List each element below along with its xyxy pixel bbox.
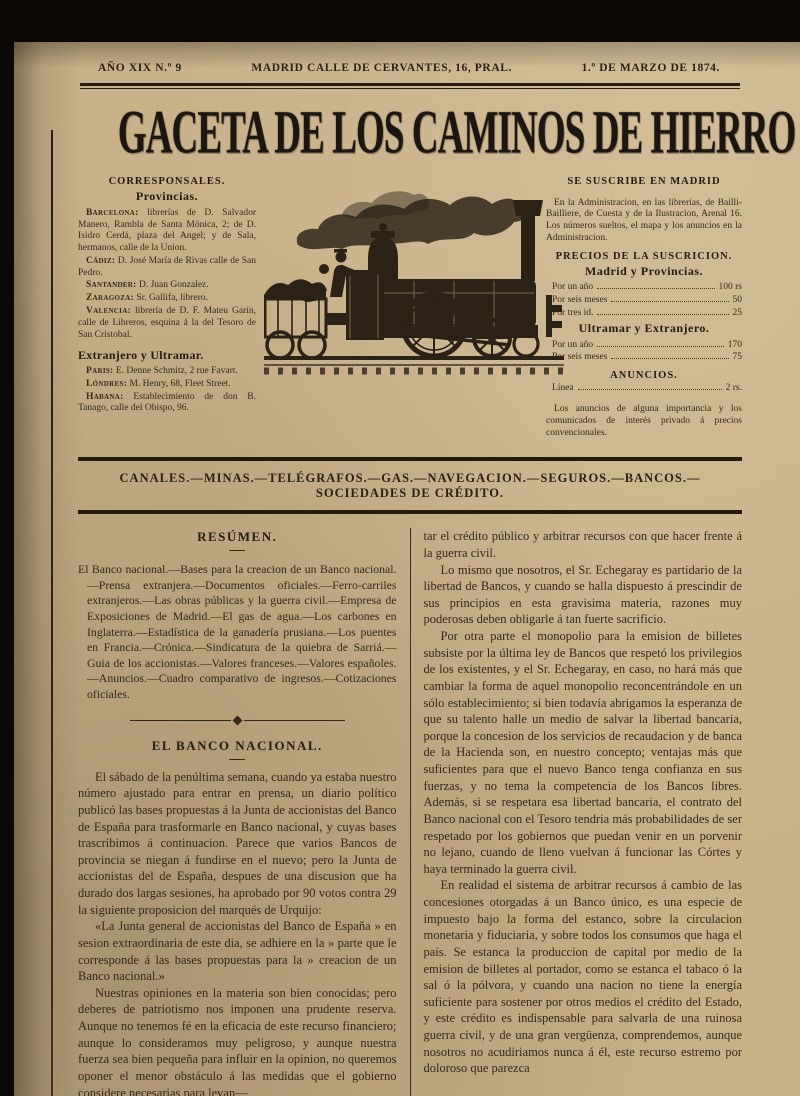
article-paragraph-quote: «La Junta general de accionistas del Ban… bbox=[78, 918, 397, 985]
header-rule bbox=[80, 83, 740, 89]
corresponsal-entry: Zaragoza: Sr. Gallifa, librero. bbox=[78, 293, 256, 305]
corresponsal-entry: Lóndres: M. Henry, 68, Fleet Street. bbox=[78, 379, 256, 391]
price-row: Por un año170 bbox=[552, 340, 742, 352]
place-name: Zaragoza: bbox=[86, 293, 134, 303]
corresponsal-entry: Barcelona: librerías de D. Salvador Mane… bbox=[78, 208, 256, 255]
place-name: Santander: bbox=[86, 280, 137, 290]
price-value: 50 bbox=[733, 295, 743, 307]
price-row: Por tres id.25 bbox=[552, 308, 742, 320]
body-column-left: RESÚMEN. El Banco nacional.—Bases para l… bbox=[78, 528, 411, 1096]
suscribe-intro: En la Administracion, en las librerías, … bbox=[546, 198, 742, 245]
issue-number: AÑO XIX N.º 9 bbox=[98, 62, 182, 74]
precios-title: PRECIOS DE LA SUSCRICION. bbox=[546, 250, 742, 263]
heading-dash bbox=[229, 759, 245, 760]
price-row: Línea2 rs. bbox=[552, 383, 742, 395]
price-row: Por seis meses50 bbox=[552, 295, 742, 307]
entry-text: Sr. Gallifa, librero. bbox=[134, 293, 208, 303]
article-paragraph-continuation: tar el crédito público y arbitrar recurs… bbox=[424, 528, 743, 561]
article-paragraph: El sábado de la penúltima semana, cuando… bbox=[78, 769, 397, 919]
corresponsal-entry: Paris: E. Denne Schmitz, 2 rue Favart. bbox=[78, 366, 256, 378]
price-label: Por seis meses bbox=[552, 352, 607, 364]
heading-dash bbox=[229, 550, 245, 551]
dot-leader bbox=[597, 314, 728, 315]
anuncios-title: ANUNCIOS. bbox=[546, 369, 742, 382]
price-value: 2 rs. bbox=[726, 383, 742, 395]
diamond-icon bbox=[232, 716, 242, 726]
price-value: 100 rs bbox=[719, 282, 743, 294]
entry-text: E. Denne Schmitz, 2 rue Favart. bbox=[114, 366, 238, 376]
masthead-title: GACETA DE LOS CAMINOS DE HIERRO bbox=[118, 99, 702, 169]
dot-leader bbox=[611, 358, 728, 359]
anuncios-note: Los anuncios de alguna importancia y los… bbox=[546, 404, 742, 439]
printed-area: AÑO XIX N.º 9 MADRID CALLE DE CERVANTES,… bbox=[14, 42, 800, 1096]
price-value: 75 bbox=[733, 352, 743, 364]
place-name: Valencia: bbox=[86, 306, 131, 316]
place-name: Habana: bbox=[86, 392, 124, 402]
place-name: Cádiz: bbox=[86, 256, 115, 266]
article-title: EL BANCO NACIONAL. bbox=[78, 737, 397, 754]
ultramar-title: Ultramar y Extranjero. bbox=[546, 321, 742, 336]
masthead-band: CORRESPONSALES. Provincias. Barcelona: l… bbox=[78, 173, 742, 449]
newspaper-paper: AÑO XIX N.º 9 MADRID CALLE DE CERVANTES,… bbox=[14, 42, 800, 1096]
price-label: Por un año bbox=[552, 340, 593, 352]
price-label: Por seis meses bbox=[552, 295, 607, 307]
price-row: Por un año100 rs bbox=[552, 282, 742, 294]
resumen-title: RESÚMEN. bbox=[78, 528, 397, 545]
ornament-divider bbox=[130, 717, 345, 724]
corresponsales-title: CORRESPONSALES. bbox=[78, 175, 256, 188]
locomotive-illustration-icon bbox=[264, 175, 564, 383]
locomotive-column bbox=[264, 173, 538, 449]
price-value: 170 bbox=[728, 340, 742, 352]
place-name: Paris: bbox=[86, 366, 114, 376]
body-column-right: tar el crédito público y arbitrar recurs… bbox=[411, 528, 743, 1096]
corresponsales-column: CORRESPONSALES. Provincias. Barcelona: l… bbox=[78, 173, 256, 449]
article-body: RESÚMEN. El Banco nacional.—Bases para l… bbox=[78, 528, 742, 1096]
ornament-line bbox=[244, 720, 345, 721]
price-label: Línea bbox=[552, 383, 574, 395]
article-paragraph: En realidad el sistema de arbitrar recur… bbox=[424, 877, 743, 1077]
entry-text: M. Henry, 68, Fleet Street. bbox=[127, 379, 231, 389]
article-paragraph: Nuestras opiniones en la materia son bie… bbox=[78, 985, 397, 1096]
corresponsal-entry: Cádiz: D. José María de Rivas calle de S… bbox=[78, 256, 256, 280]
price-row: Por seis meses75 bbox=[552, 352, 742, 364]
masthead: GACETA DE LOS CAMINOS DE HIERRO bbox=[78, 99, 742, 169]
dot-leader bbox=[578, 389, 722, 390]
dot-leader bbox=[611, 301, 728, 302]
ornament-line bbox=[130, 720, 231, 721]
suscribe-title: SE SUSCRIBE EN MADRID bbox=[546, 175, 742, 188]
corresponsal-entry: Santander: D. Juan Gonzalez. bbox=[78, 280, 256, 292]
issue-header: AÑO XIX N.º 9 MADRID CALLE DE CERVANTES,… bbox=[78, 62, 742, 74]
price-label: Por tres id. bbox=[552, 308, 593, 320]
madrid-provincias-title: Madrid y Provincias. bbox=[546, 264, 742, 279]
issue-date: 1.º DE MARZO DE 1874. bbox=[582, 62, 720, 74]
article-paragraph: Lo mismo que nosotros, el Sr. Echegaray … bbox=[424, 562, 743, 629]
extranjero-title: Extranjero y Ultramar. bbox=[78, 348, 256, 363]
resumen-text: El Banco nacional.—Bases para la creacio… bbox=[78, 562, 397, 702]
price-value: 25 bbox=[733, 308, 743, 320]
dot-leader bbox=[597, 288, 714, 289]
publisher-address: MADRID CALLE DE CERVANTES, 16, PRAL. bbox=[251, 62, 512, 74]
place-name: Barcelona: bbox=[86, 208, 139, 218]
corresponsal-entry: Valencia: librería de D. F. Mateu Garín,… bbox=[78, 306, 256, 341]
place-name: Lóndres: bbox=[86, 379, 127, 389]
corresponsal-entry: Habana: Establecimiento de don B. Tanago… bbox=[78, 392, 256, 416]
provincias-title: Provincias. bbox=[78, 189, 256, 204]
price-label: Por un año bbox=[552, 282, 593, 294]
scanned-newspaper-page: AÑO XIX N.º 9 MADRID CALLE DE CERVANTES,… bbox=[0, 0, 800, 1096]
suscripcion-column: SE SUSCRIBE EN MADRID En la Administraci… bbox=[546, 173, 742, 449]
dot-leader bbox=[597, 346, 724, 347]
article-paragraph: Por otra parte el monopolio para la emis… bbox=[424, 628, 743, 877]
entry-text: D. Juan Gonzalez. bbox=[137, 280, 209, 290]
sections-band: CANALES.—MINAS.—TELÉGRAFOS.—GAS.—NAVEGAC… bbox=[78, 457, 742, 514]
